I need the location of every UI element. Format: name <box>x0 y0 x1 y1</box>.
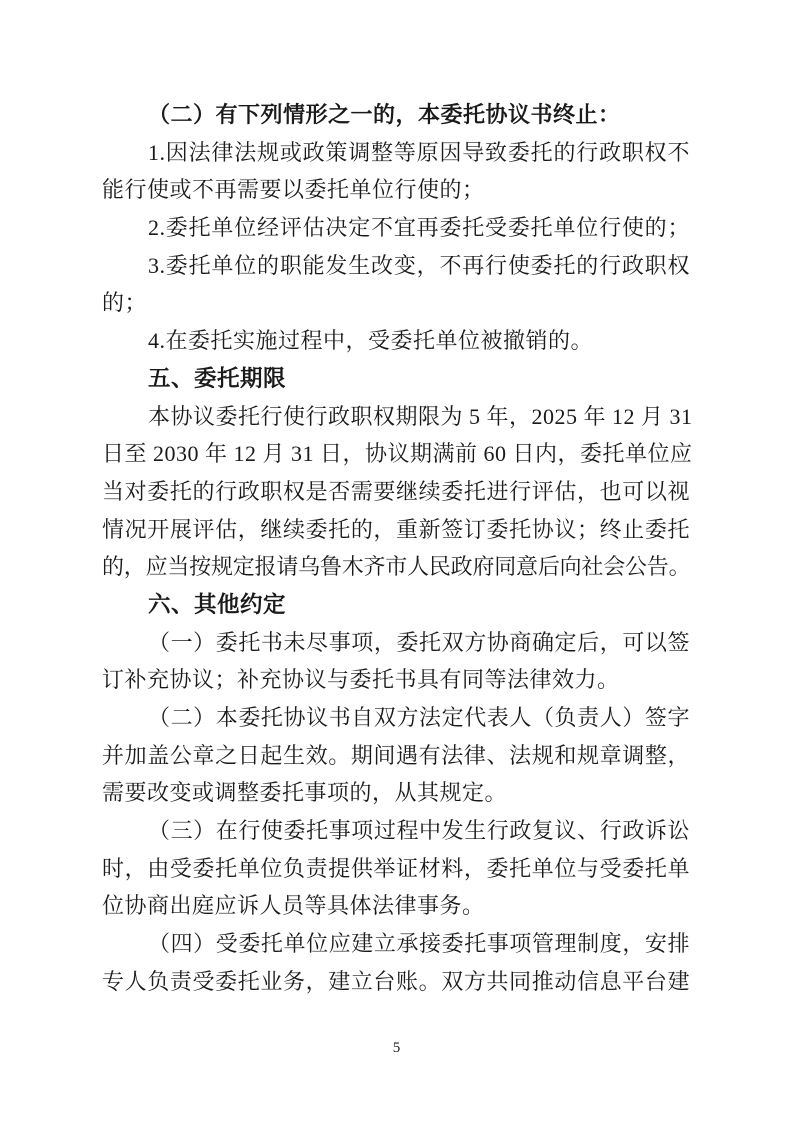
text-line: 专人负责受委托业务，建立台账。双方共同推动信息平台建 <box>102 963 690 1001</box>
paragraph-other-clause-2: （二）本委托协议书自双方法定代表人（负责人）签字 并加盖公章之日起生效。期间遇有… <box>102 699 690 812</box>
paragraph-list-item-2: 2.委托单位经评估决定不宜再委托受委托单位行使的； <box>102 209 690 247</box>
paragraph-other-clause-1: （一）委托书未尽事项，委托双方协商确定后，可以签 订补充协议；补充协议与委托书具… <box>102 624 690 699</box>
paragraph-other-clause-4: （四）受委托单位应建立承接委托事项管理制度，安排 专人负责受委托业务，建立台账。… <box>102 925 690 1000</box>
text-line: 需要改变或调整委托事项的，从其规定。 <box>102 774 690 812</box>
text-line: （一）委托书未尽事项，委托双方协商确定后，可以签 <box>102 624 690 662</box>
paragraph-other-clause-3: （三）在行使委托事项过程中发生行政复议、行政诉讼 时，由受委托单位负责提供举证材… <box>102 812 690 925</box>
page-footer: 5 <box>0 1038 793 1058</box>
section-heading-text: 五、委托期限 <box>102 360 690 398</box>
text-line: 位协商出庭应诉人员等具体法律事务。 <box>102 887 690 925</box>
text-line: 并加盖公章之日起生效。期间遇有法律、法规和规章调整， <box>102 737 690 775</box>
paragraph-termination-subheading: （二）有下列情形之一的，本委托协议书终止： <box>102 96 690 134</box>
section-heading-6-other-provisions: 六、其他约定 <box>102 586 690 624</box>
text-line: 的，应当按规定报请乌鲁木齐市人民政府同意后向社会公告。 <box>102 548 690 586</box>
text-line: （二）有下列情形之一的，本委托协议书终止： <box>102 96 690 134</box>
document-page: （二）有下列情形之一的，本委托协议书终止： 1.因法律法规或政策调整等原因导致委… <box>0 0 793 1122</box>
text-line: 情况开展评估，继续委托的，重新签订委托协议；终止委托 <box>102 511 690 549</box>
text-line: （二）本委托协议书自双方法定代表人（负责人）签字 <box>102 699 690 737</box>
text-line: 2.委托单位经评估决定不宜再委托受委托单位行使的； <box>102 209 690 247</box>
text-line: 当对委托的行政职权是否需要继续委托进行评估，也可以视 <box>102 473 690 511</box>
section-heading-text: 六、其他约定 <box>102 586 690 624</box>
paragraph-list-item-4: 4.在委托实施过程中，受委托单位被撤销的。 <box>102 322 690 360</box>
text-line: 订补充协议；补充协议与委托书具有同等法律效力。 <box>102 661 690 699</box>
paragraph-list-item-3: 3.委托单位的职能发生改变，不再行使委托的行政职权 的； <box>102 247 690 322</box>
text-line: 的； <box>102 284 690 322</box>
text-line: 本协议委托行使行政职权期限为 5 年，2025 年 12 月 31 <box>102 398 690 436</box>
text-line: 3.委托单位的职能发生改变，不再行使委托的行政职权 <box>102 247 690 285</box>
text-line: 1.因法律法规或政策调整等原因导致委托的行政职权不 <box>102 134 690 172</box>
section-heading-5-delegation-period: 五、委托期限 <box>102 360 690 398</box>
text-line: 能行使或不再需要以委托单位行使的； <box>102 171 690 209</box>
page-number: 5 <box>393 1040 401 1056</box>
text-line: （三）在行使委托事项过程中发生行政复议、行政诉讼 <box>102 812 690 850</box>
text-line: 日至 2030 年 12 月 31 日，协议期满前 60 日内，委托单位应 <box>102 435 690 473</box>
text-line: 时，由受委托单位负责提供举证材料，委托单位与受委托单 <box>102 850 690 888</box>
paragraph-delegation-period-body: 本协议委托行使行政职权期限为 5 年，2025 年 12 月 31 日至 203… <box>102 398 690 586</box>
paragraph-list-item-1: 1.因法律法规或政策调整等原因导致委托的行政职权不 能行使或不再需要以委托单位行… <box>102 134 690 209</box>
text-line: （四）受委托单位应建立承接委托事项管理制度，安排 <box>102 925 690 963</box>
document-body: （二）有下列情形之一的，本委托协议书终止： 1.因法律法规或政策调整等原因导致委… <box>102 96 690 1001</box>
text-line: 4.在委托实施过程中，受委托单位被撤销的。 <box>102 322 690 360</box>
